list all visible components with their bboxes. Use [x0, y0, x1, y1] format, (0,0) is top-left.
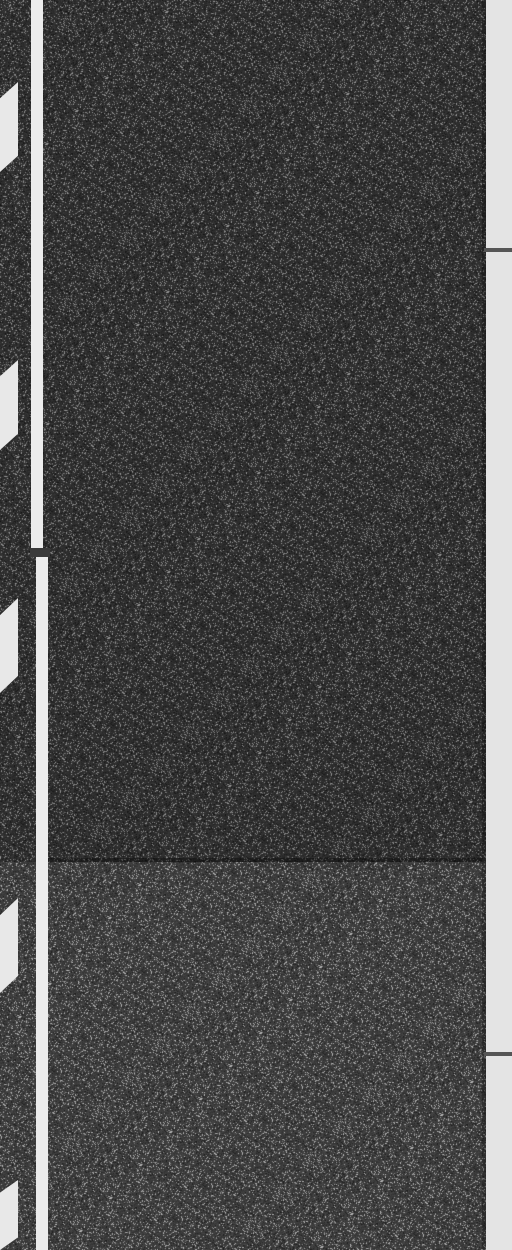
curb-joint — [484, 1052, 512, 1056]
lane-line — [36, 557, 48, 1250]
lane-line — [31, 0, 43, 548]
lane-line-gap — [30, 548, 50, 557]
road-aerial-scene: Aerial view of road pavement — [0, 0, 512, 1250]
pavement-seam — [48, 858, 482, 862]
asphalt-section-lower — [0, 862, 512, 1250]
curb-joint — [484, 248, 512, 252]
asphalt-section-upper — [0, 0, 512, 862]
curb-edge — [486, 0, 512, 1250]
